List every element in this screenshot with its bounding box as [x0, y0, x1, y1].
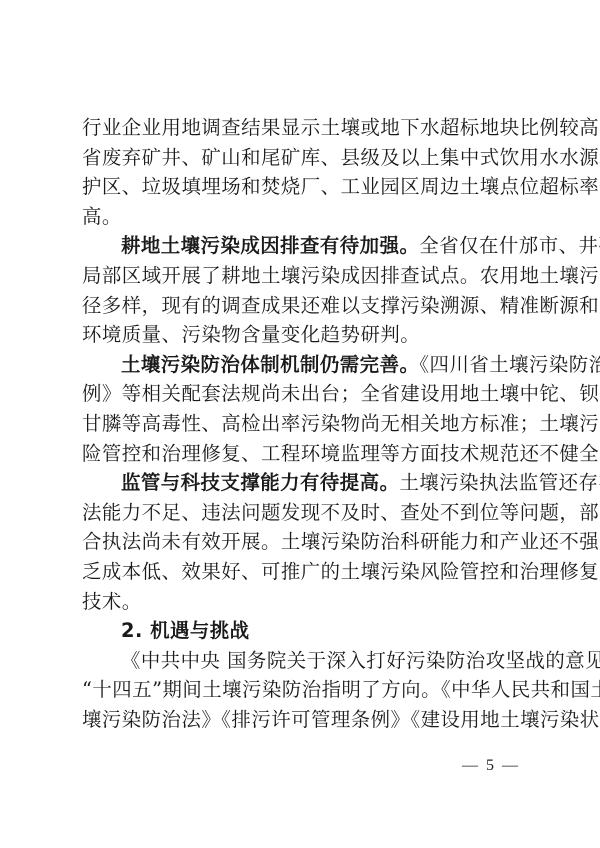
text-line: 乏成本低、效果好、可推广的土壤污染风险管控和治理修复成套: [82, 557, 522, 587]
text-line: 护区、垃圾填埋场和焚烧厂、工业园区周边土壤点位超标率也较: [82, 172, 522, 202]
paragraph-opportunities: 《中共中央 国务院关于深入打好污染防治攻坚战的意见》为 “十四五”期间土壤污染防…: [82, 646, 522, 735]
section-heading: 2. 机遇与挑战: [82, 616, 522, 646]
page-number: — 5 —: [462, 757, 520, 775]
text-line: 《中共中央 国务院关于深入打好污染防治攻坚战的意见》为: [82, 646, 522, 676]
paragraph-supervision-capacity: 监管与科技支撑能力有待提高。土壤污染执法监管还存在执 法能力不足、违法问题发现不…: [82, 468, 522, 616]
text-run: 土壤污染执法监管还存在执: [399, 471, 600, 494]
text-line: 土壤污染防治体制机制仍需完善。《四川省土壤污染防治条: [82, 350, 522, 380]
text-line: 监管与科技支撑能力有待提高。土壤污染执法监管还存在执: [82, 468, 522, 498]
text-line: 环境质量、污染物含量变化趋势研判。: [82, 320, 522, 350]
paragraph-contaminated-sites: 行业企业用地调查结果显示土壤或地下水超标地块比例较高；全 省废弃矿井、矿山和尾矿…: [82, 113, 522, 231]
text-line: 行业企业用地调查结果显示土壤或地下水超标地块比例较高；全: [82, 113, 522, 143]
text-line: 径多样，现有的调查成果还难以支撑污染溯源、精准断源和土壤: [82, 291, 522, 321]
paragraph-lead: 监管与科技支撑能力有待提高。: [121, 471, 399, 494]
text-run: 全省仅在什邡市、井研县: [419, 234, 600, 257]
text-line: 合执法尚未有效开展。土壤污染防治科研能力和产业还不强，缺: [82, 527, 522, 557]
text-line: 耕地土壤污染成因排查有待加强。全省仅在什邡市、井研县: [82, 231, 522, 261]
text-line: 甘膦等高毒性、高检出率污染物尚无相关地方标准；土壤污染风: [82, 409, 522, 439]
text-line: “十四五”期间土壤污染防治指明了方向。《中华人民共和国土: [82, 675, 522, 705]
text-run: 《四川省土壤污染防治条: [419, 353, 600, 376]
paragraph-lead: 耕地土壤污染成因排查有待加强。: [121, 234, 419, 257]
text-line: 例》等相关配套法规尚未出台；全省建设用地土壤中铊、钡、草: [82, 379, 522, 409]
paragraph-farmland-investigation: 耕地土壤污染成因排查有待加强。全省仅在什邡市、井研县 局部区域开展了耕地土壤污染…: [82, 231, 522, 349]
text-line: 局部区域开展了耕地土壤污染成因排查试点。农用地土壤污染途: [82, 261, 522, 291]
document-body: 行业企业用地调查结果显示土壤或地下水超标地块比例较高；全 省废弃矿井、矿山和尾矿…: [82, 113, 522, 734]
paragraph-lead: 土壤污染防治体制机制仍需完善。: [121, 353, 419, 376]
paragraph-institutional-mechanism: 土壤污染防治体制机制仍需完善。《四川省土壤污染防治条 例》等相关配套法规尚未出台…: [82, 350, 522, 468]
text-line: 险管控和治理修复、工程环境监理等方面技术规范还不健全。: [82, 439, 522, 469]
text-line: 高。: [82, 202, 522, 232]
text-line: 省废弃矿井、矿山和尾矿库、县级及以上集中式饮用水水源地保: [82, 143, 522, 173]
text-line: 壤污染防治法》《排污许可管理条例》《建设用地土壤污染状况: [82, 705, 522, 735]
text-line: 法能力不足、违法问题发现不及时、查处不到位等问题，部门联: [82, 498, 522, 528]
text-line: 技术。: [82, 587, 522, 617]
